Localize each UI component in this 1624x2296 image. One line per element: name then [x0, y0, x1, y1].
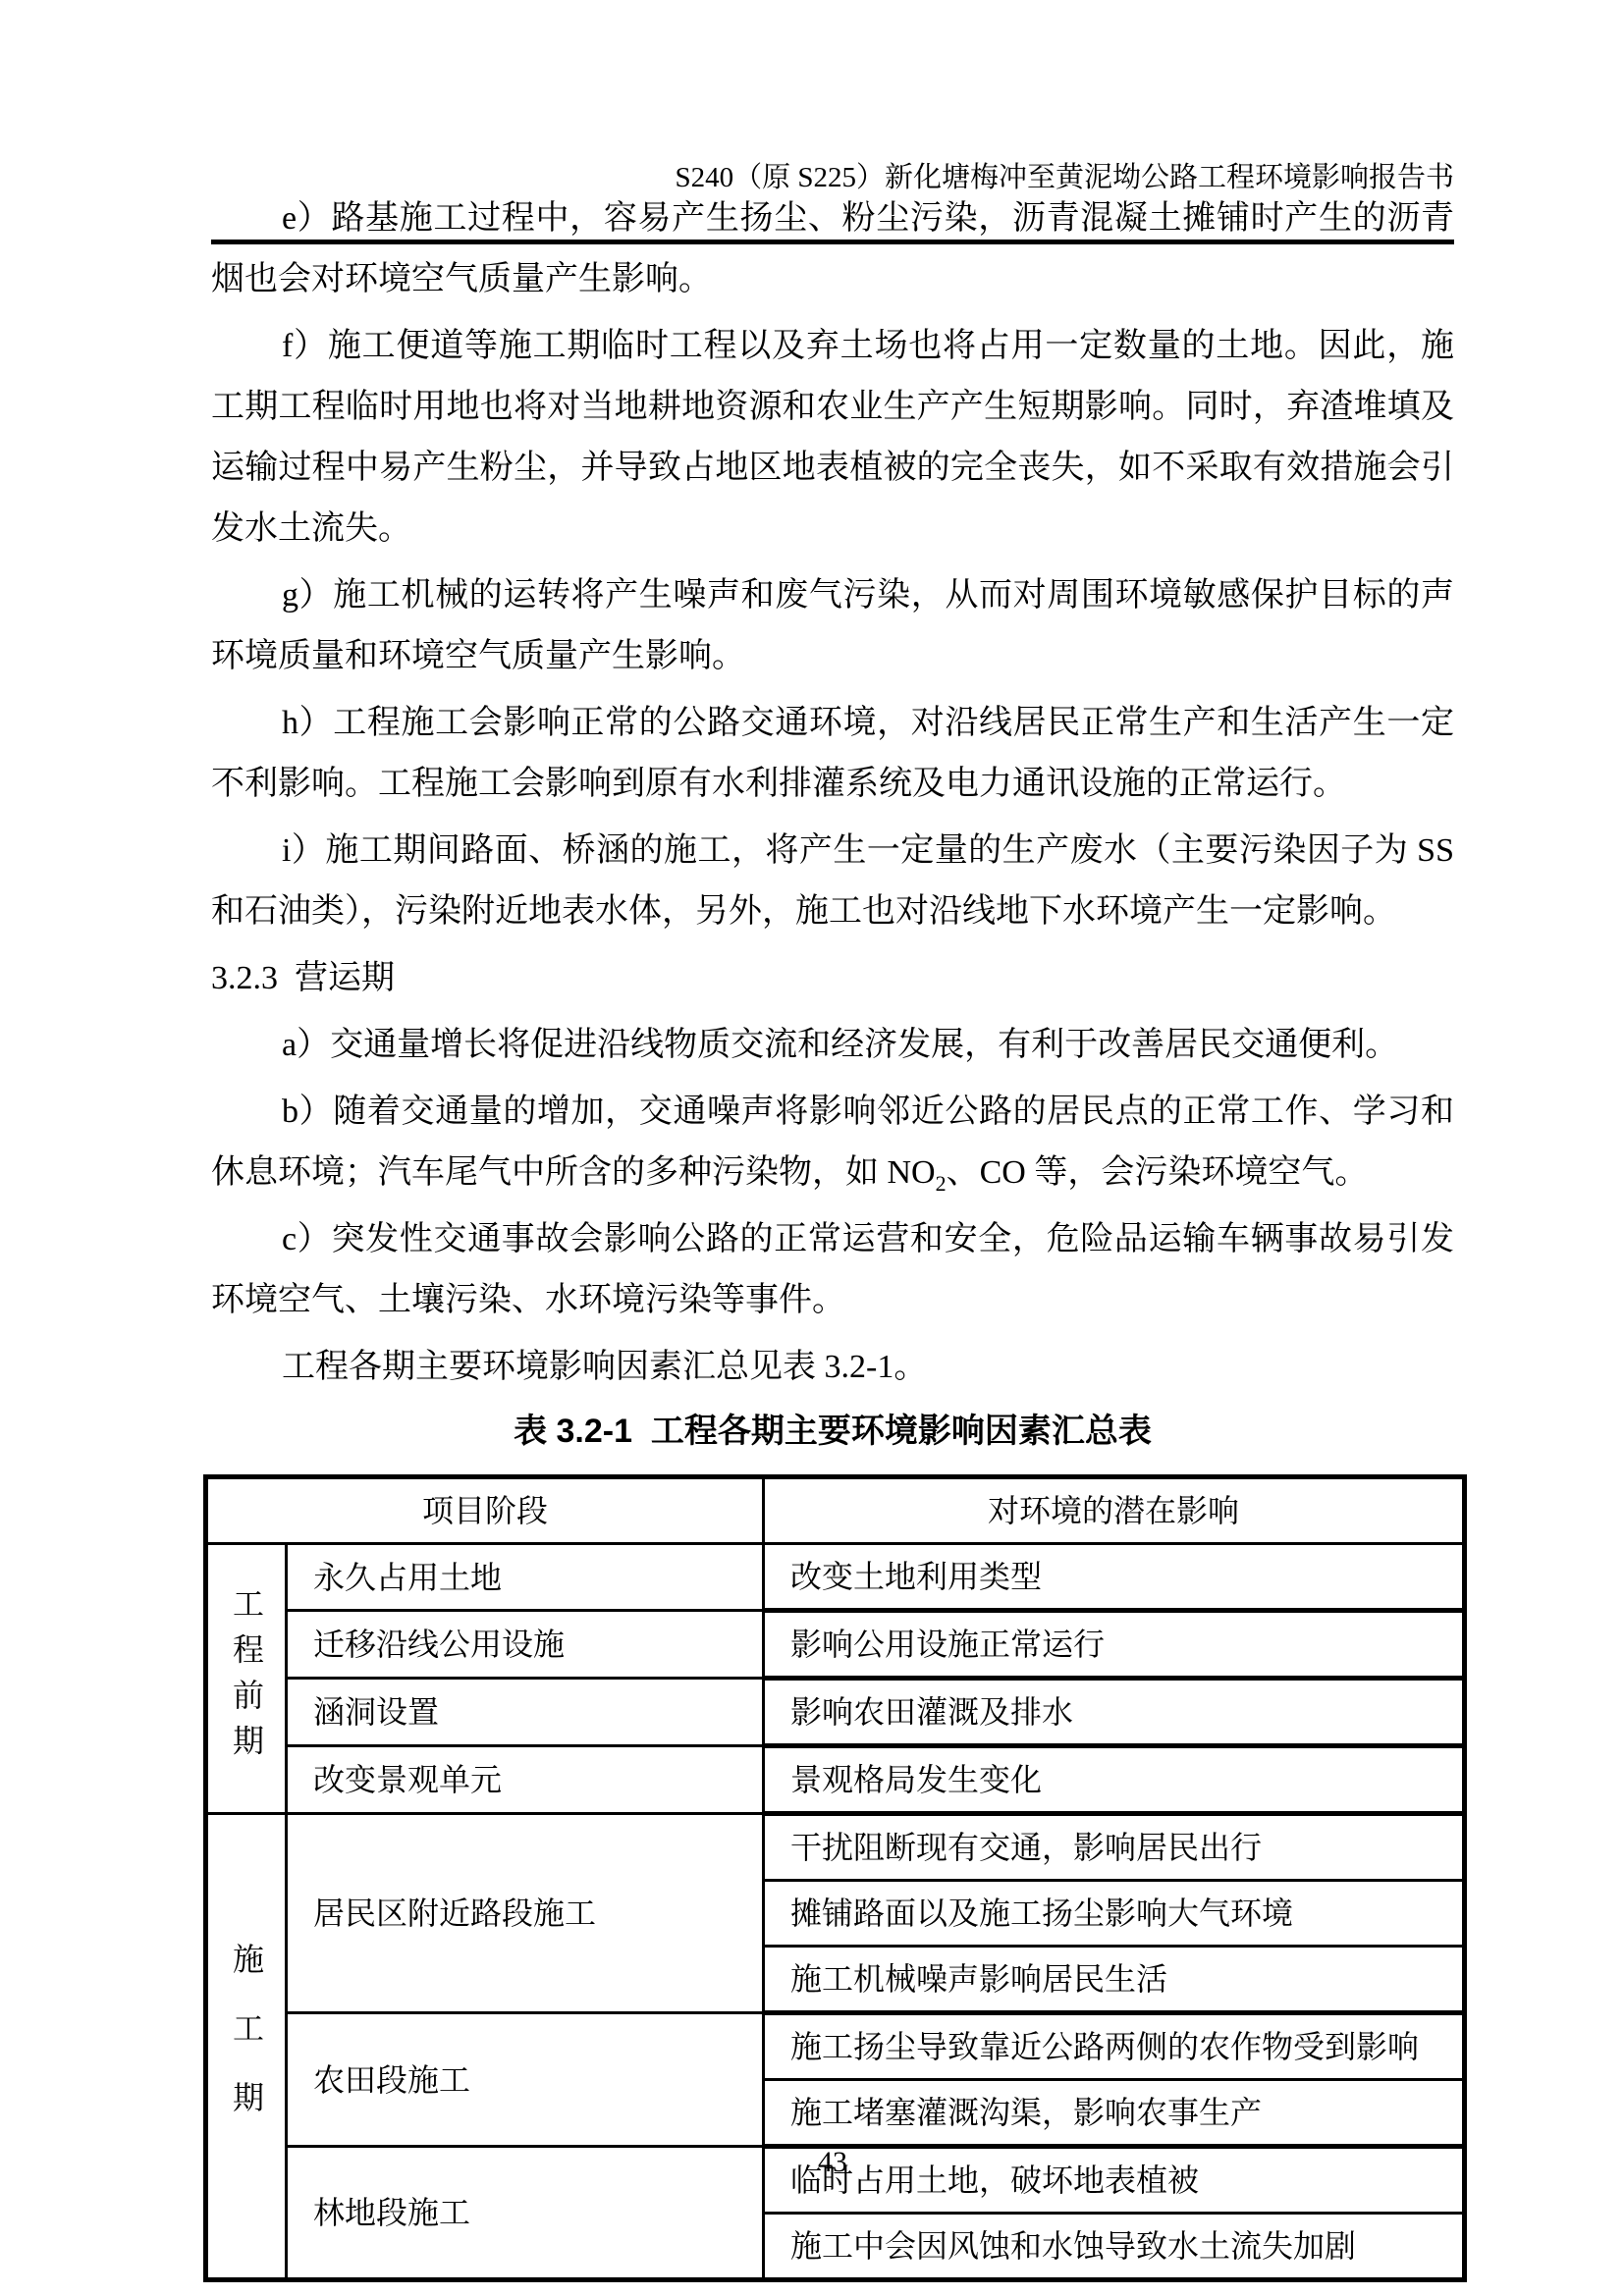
activity-cell: 改变景观单元: [287, 1746, 764, 1814]
table-row: 改变景观单元景观格局发生变化: [206, 1746, 1465, 1814]
impact-cell: 影响公用设施正常运行: [764, 1611, 1465, 1679]
table-row: 迁移沿线公用设施影响公用设施正常运行: [206, 1611, 1465, 1679]
page-number: 43: [818, 2146, 847, 2178]
table-row: 工程前期永久占用土地改变土地利用类型: [206, 1544, 1465, 1611]
page-footer: 43: [211, 2145, 1454, 2180]
impact-cell: 施工扬尘导致靠近公路两侧的农作物受到影响: [764, 2013, 1465, 2080]
paragraph-b: b）随着交通量的增加，交通噪声将影响邻近公路的居民点的正常工作、学习和休息环境；…: [211, 1082, 1454, 1203]
paragraph-c: c）突发性交通事故会影响公路的正常运营和安全，危险品运输车辆事故易引发环境空气、…: [211, 1209, 1454, 1331]
activity-cell: 农田段施工: [287, 2013, 764, 2147]
impact-cell: 影响农田灌溉及排水: [764, 1679, 1465, 1746]
impact-cell: 施工机械噪声影响居民生活: [764, 1947, 1465, 2013]
activity-cell: 永久占用土地: [287, 1544, 764, 1611]
impact-cell: 施工中会因风蚀和水蚀导致水土流失加剧: [764, 2214, 1465, 2280]
table-reference-line: 工程各期主要环境影响因素汇总见表 3.2-1。: [211, 1337, 1454, 1398]
impact-cell: 景观格局发生变化: [764, 1746, 1465, 1814]
table-header-row: 项目阶段 对环境的潜在影响: [206, 1477, 1465, 1544]
impact-cell: 摊铺路面以及施工扬尘影响大气环境: [764, 1881, 1465, 1947]
paragraph-b-text-after: 、CO 等，会污染环境空气。: [947, 1154, 1369, 1191]
page-content: e）路基施工过程中，容易产生扬尘、粉尘污染，沥青混凝土摊铺时产生的沥青烟也会对环…: [211, 188, 1454, 2282]
phase-cell: 工程前期: [206, 1544, 287, 1814]
column-header-project-phase: 项目阶段: [206, 1477, 764, 1544]
table-row: 农田段施工施工扬尘导致靠近公路两侧的农作物受到影响: [206, 2013, 1465, 2080]
impact-cell: 施工堵塞灌溉沟渠，影响农事生产: [764, 2080, 1465, 2147]
paragraph-i: i）施工期间路面、桥涵的施工，将产生一定量的生产废水（主要污染因子为 SS 和石…: [211, 821, 1454, 942]
activity-cell: 居民区附近路段施工: [287, 1814, 764, 2013]
section-heading-323: 3.2.3 营运期: [211, 948, 1454, 1009]
phase-cell: 施工期: [206, 1814, 287, 2280]
paragraph-g: g）施工机械的运转将产生噪声和废气污染，从而对周围环境敏感保护目标的声环境质量和…: [211, 565, 1454, 687]
table-row: 涵洞设置影响农田灌溉及排水: [206, 1679, 1465, 1746]
column-header-potential-impact: 对环境的潜在影响: [764, 1477, 1465, 1544]
activity-cell: 涵洞设置: [287, 1679, 764, 1746]
phase-label: 施工期: [231, 1943, 262, 2150]
table-title: 表 3.2-1 工程各期主要环境影响因素汇总表: [211, 1412, 1454, 1451]
activity-cell: 迁移沿线公用设施: [287, 1611, 764, 1679]
impact-cell: 改变土地利用类型: [764, 1544, 1465, 1611]
report-page: S240（原 S225）新化塘梅冲至黄泥坳公路工程环境影响报告书 e）路基施工过…: [0, 0, 1624, 2296]
paragraph-h: h）工程施工会影响正常的公路交通环境，对沿线居民正常生产和生活产生一定不利影响。…: [211, 693, 1454, 815]
table-row: 施工期居民区附近路段施工干扰阻断现有交通，影响居民出行: [206, 1814, 1465, 1881]
paragraph-e: e）路基施工过程中，容易产生扬尘、粉尘污染，沥青混凝土摊铺时产生的沥青烟也会对环…: [211, 188, 1454, 310]
no2-subscript: 2: [936, 1171, 947, 1196]
phase-label: 工程前期: [231, 1587, 262, 1770]
impact-cell: 干扰阻断现有交通，影响居民出行: [764, 1814, 1465, 1881]
paragraph-f: f）施工便道等施工期临时工程以及弃土场也将占用一定数量的土地。因此，施工期工程临…: [211, 316, 1454, 560]
paragraph-a: a）交通量增长将促进沿线物质交流和经济发展，有利于改善居民交通便利。: [211, 1015, 1454, 1076]
